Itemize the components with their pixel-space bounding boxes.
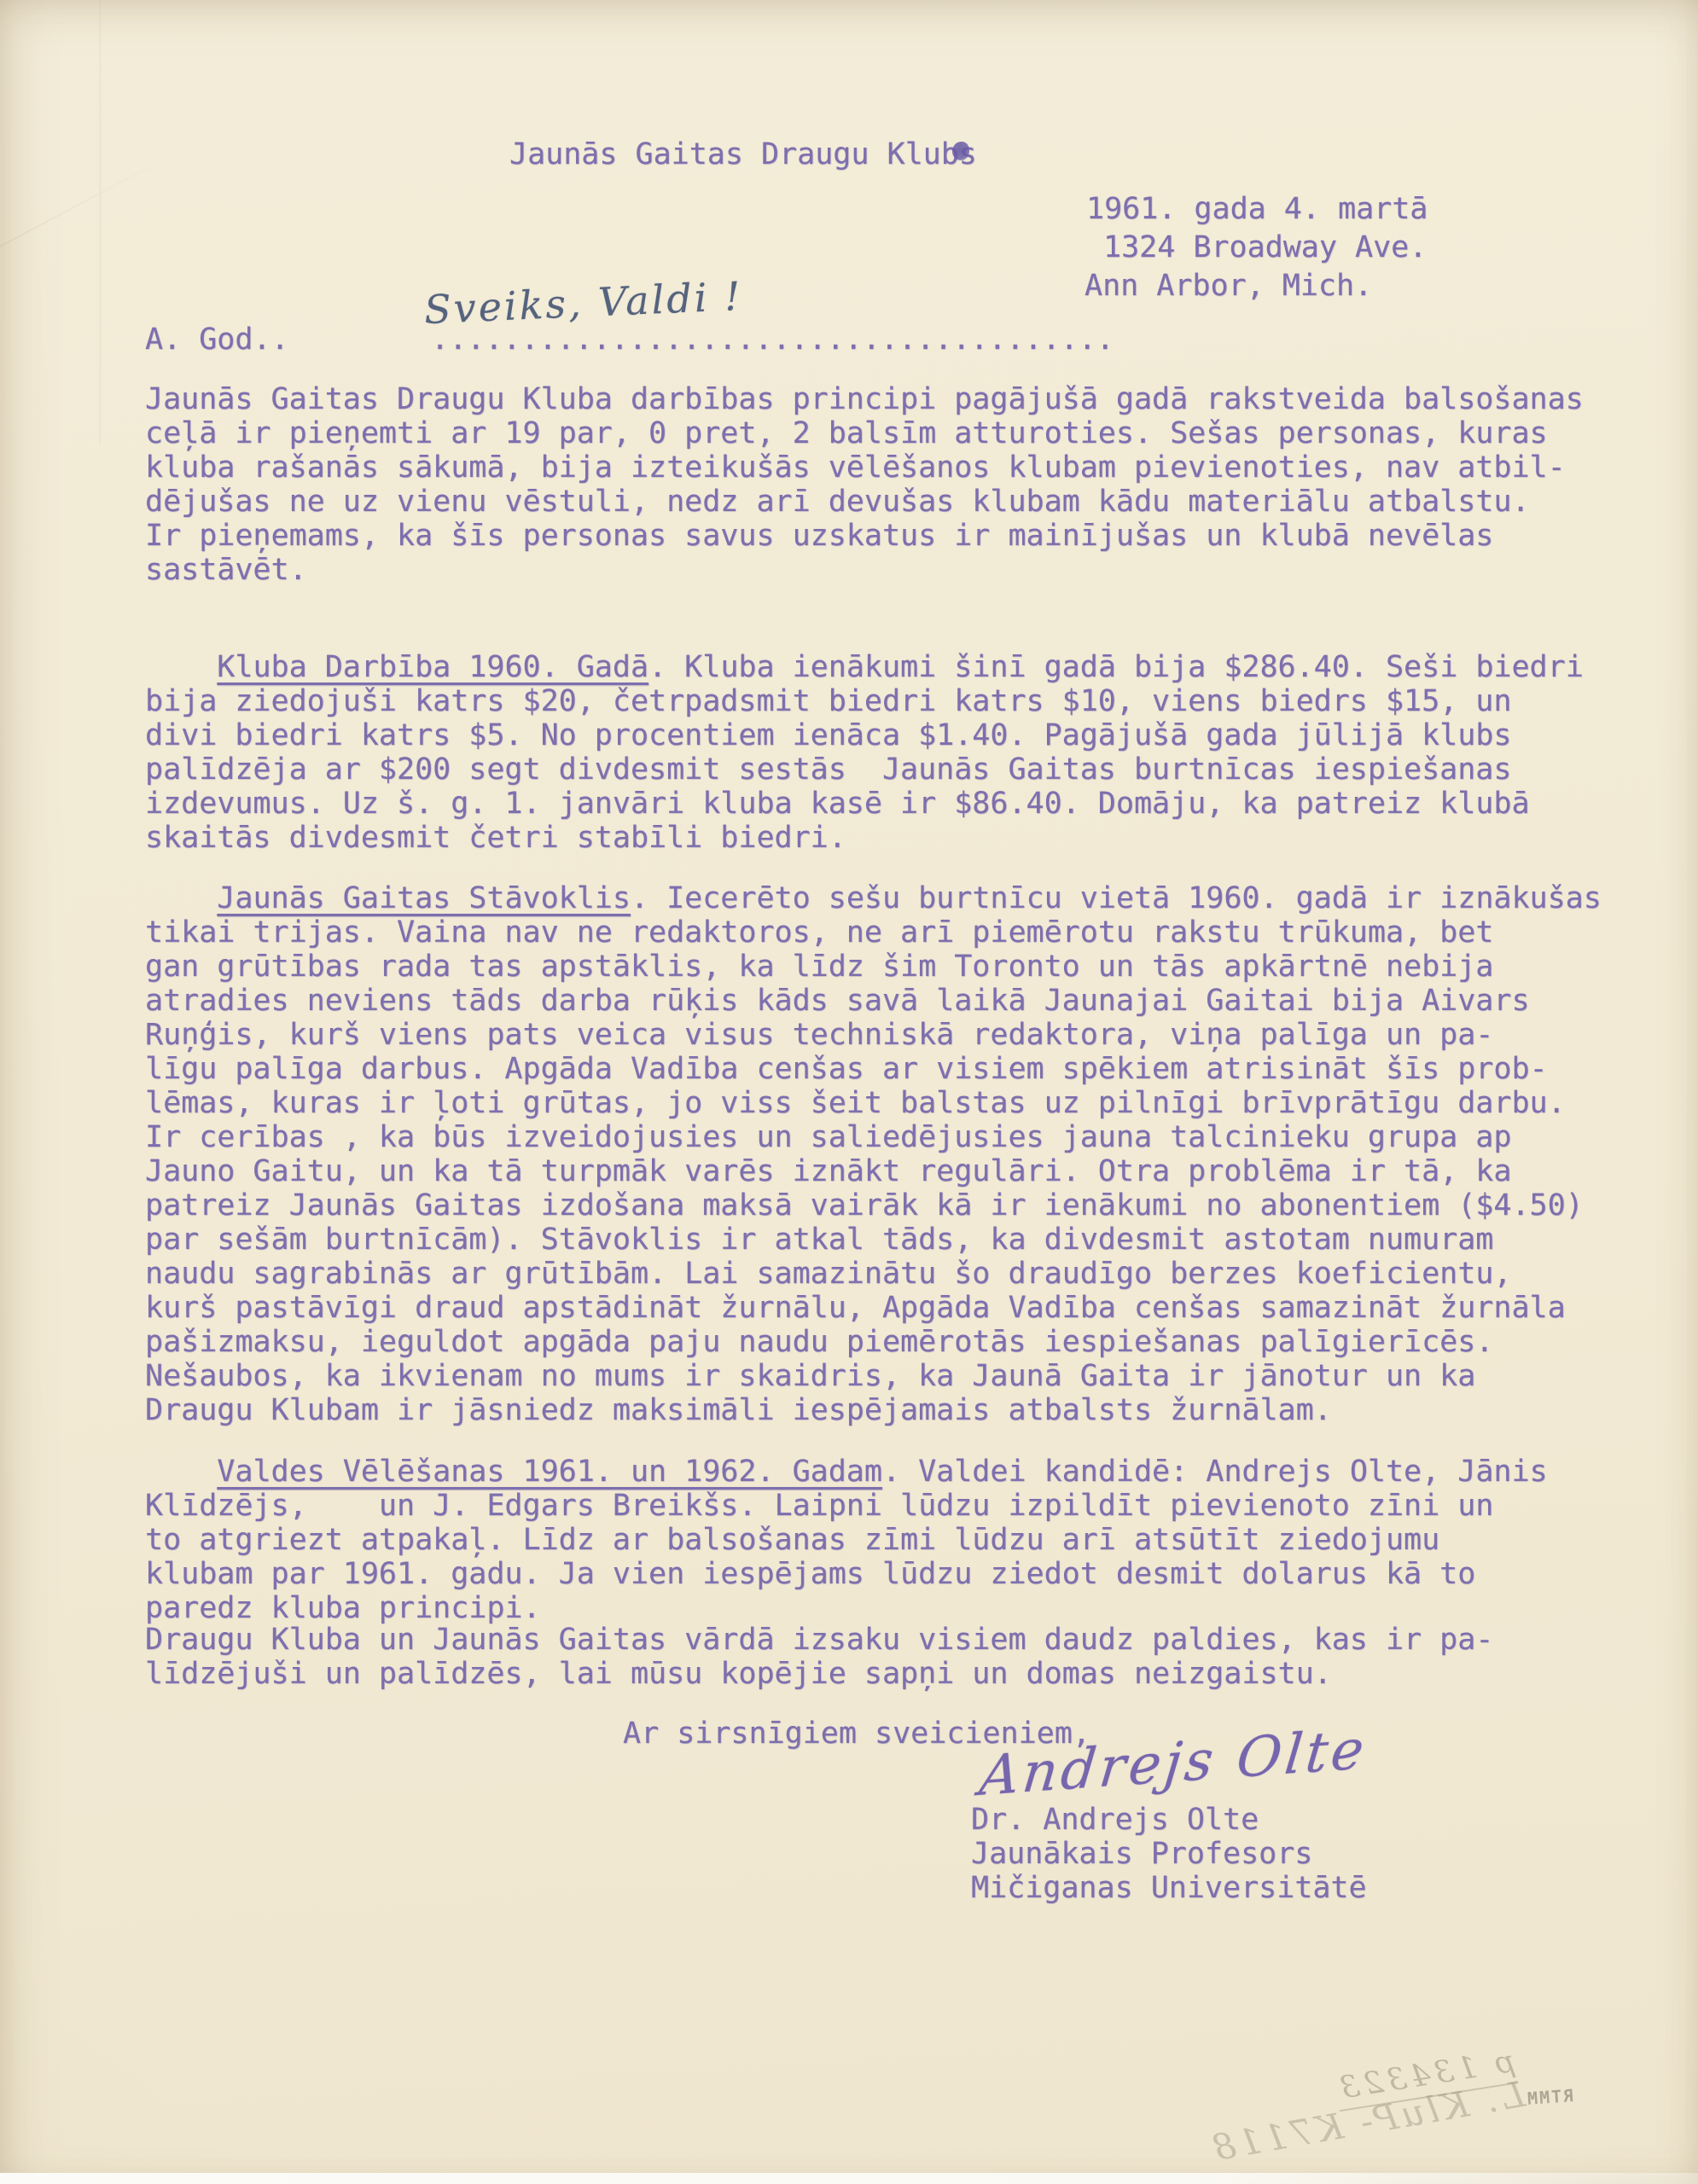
paragraph-intro: Jaunās Gaitas Draugu Kluba darbības prin… bbox=[145, 382, 1584, 587]
signature-org: Mičiganas Universitātē bbox=[971, 1871, 1367, 1905]
scan-edge bbox=[0, 2173, 1698, 2184]
letter-page: Jaunās Gaitas Draugu Klubs 1961. gada 4.… bbox=[0, 0, 1698, 2184]
salutation-typed: A. God.. bbox=[145, 322, 289, 357]
signature-name: Dr. Andrejs Olte bbox=[971, 1803, 1259, 1837]
paper-crease-diagonal bbox=[0, 153, 175, 258]
paragraph-journal-status: Jaunās Gaitas Stāvoklis. Iecerēto sešu b… bbox=[145, 847, 1602, 1461]
date-line: 1961. gada 4. martā bbox=[1086, 192, 1428, 226]
org-name: Jaunās Gaitas Draugu Klubs bbox=[509, 137, 977, 171]
heading-board-elections: Valdes Vēlēšanas 1961. un 1962. Gadam bbox=[217, 1455, 882, 1489]
signature-title: Jaunākais Profesors bbox=[971, 1837, 1312, 1871]
heading-journal-status: Jaunās Gaitas Stāvoklis bbox=[217, 881, 631, 915]
paragraph-thanks: Draugu Kluba un Jaunās Gaitas vārdā izsa… bbox=[145, 1623, 1493, 1691]
address-line-2: Ann Arbor, Mich. bbox=[1085, 269, 1372, 303]
paragraph-journal-status-body: . Iecerēto sešu burtnīcu vietā 1960. gad… bbox=[145, 881, 1602, 1427]
archive-mark-stamp: RTMM bbox=[1525, 2085, 1574, 2109]
paper-crease-vertical bbox=[99, 0, 102, 444]
heading-club-activity: Kluba Darbība 1960. Gadā bbox=[217, 650, 648, 684]
address-line-1: 1324 Broadway Ave. bbox=[1103, 230, 1427, 264]
ink-blot bbox=[952, 142, 969, 160]
